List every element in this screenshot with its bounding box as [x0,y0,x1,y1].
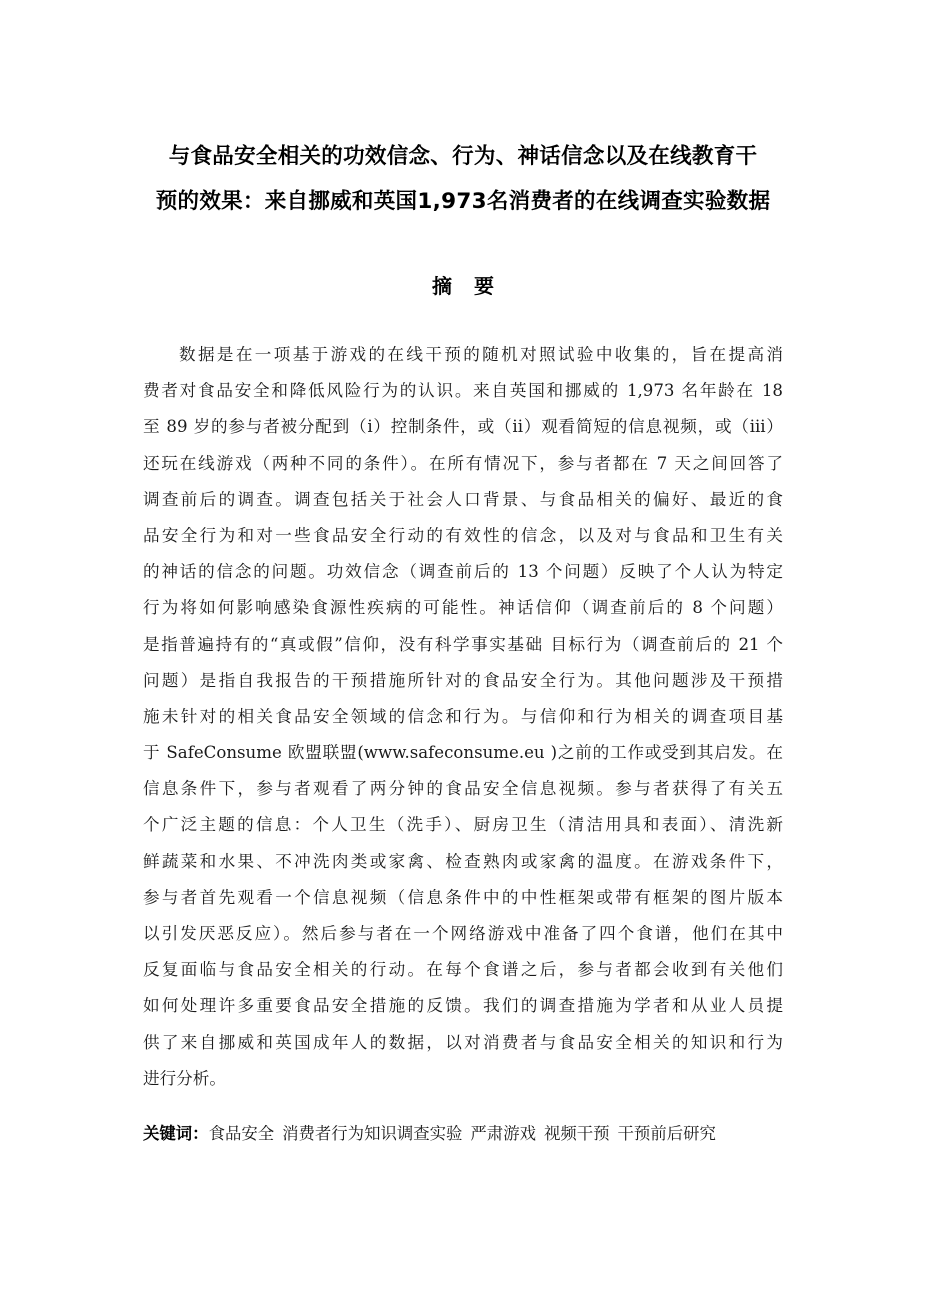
abstract-line: 个广泛主题的信息：个人卫生（洗手）、厨房卫生（清洁用具和表面）、清洗新 [143,807,783,843]
abstract-line: 还玩在线游戏（两种不同的条件）。在所有情况下，参与者都在 7 天之间回答了 [143,446,783,482]
paper-title-line-2: 预的效果：来自挪威和英国1,973名消费者的在线调查实验数据 [0,184,926,215]
abstract-line: 反复面临与食品安全相关的行动。在每个食谱之后，参与者都会收到有关他们 [143,952,783,988]
keywords-label: 关键词： [143,1124,209,1143]
keyword: 视频干预 [544,1124,610,1143]
keyword: 消费者行为知识调查实验 [282,1124,462,1143]
abstract-line: 施未针对的相关食品安全领域的信念和行为。与信仰和行为相关的调查项目基 [143,699,783,735]
abstract-line: 的神话的信念的问题。功效信念（调查前后的 13 个问题）反映了个人认为特定 [143,554,783,590]
abstract-line: 如何处理许多重要食品安全措施的反馈。我们的调查措施为学者和从业人员提 [143,988,783,1024]
abstract-line: 参与者首先观看一个信息视频（信息条件中的中性框架或带有框架的图片版本 [143,880,783,916]
abstract-line: 以引发厌恶反应）。然后参与者在一个网络游戏中准备了四个食谱，他们在其中 [143,916,783,952]
keyword: 食品安全 [209,1124,275,1143]
keyword: 干预前后研究 [618,1124,716,1143]
abstract-line: 供了来自挪威和英国成年人的数据，以对消费者与食品安全相关的知识和行为 [143,1025,783,1061]
abstract-line: 进行分析。 [143,1061,783,1097]
abstract-line: 品安全行为和对一些食品安全行动的有效性的信念，以及对与食品和卫生有关 [143,518,783,554]
abstract-line: 于 SafeConsume 欧盟联盟(www.safeconsume.eu )之… [143,735,783,771]
abstract-line: 费者对食品安全和降低风险行为的认识。来自英国和挪威的 1,973 名年龄在 18 [143,373,783,409]
abstract-line: 鲜蔬菜和水果、不冲洗肉类或家禽、检查熟肉或家禽的温度。在游戏条件下， [143,844,783,880]
abstract-heading: 摘要 [0,270,926,299]
abstract-line: 信息条件下，参与者观看了两分钟的食品安全信息视频。参与者获得了有关五 [143,771,783,807]
abstract-line: 是指普遍持有的“真或假”信仰，没有科学事实基础 目标行为（调查前后的 21 个 [143,627,783,663]
abstract-line: 调查前后的调查。调查包括关于社会人口背景、与食品相关的偏好、最近的食 [143,482,783,518]
abstract-body: 数据是在一项基于游戏的在线干预的随机对照试验中收集的，旨在提高消 费者对食品安全… [143,337,783,1097]
abstract-line: 问题）是指自我报告的干预措施所针对的食品安全行为。其他问题涉及干预措 [143,663,783,699]
abstract-line: 数据是在一项基于游戏的在线干预的随机对照试验中收集的，旨在提高消 [143,337,783,373]
abstract-line: 至 89 岁的参与者被分配到（i）控制条件，或（ii）观看简短的信息视频，或（i… [143,409,783,445]
abstract-line: 行为将如何影响感染食源性疾病的可能性。神话信仰（调查前后的 8 个问题） [143,590,783,626]
keyword: 严肃游戏 [470,1124,536,1143]
paper-title-line-1: 与食品安全相关的功效信念、行为、神话信念以及在线教育干 [0,139,926,170]
keywords: 关键词：食品安全消费者行为知识调查实验严肃游戏视频干预干预前后研究 [143,1120,803,1144]
